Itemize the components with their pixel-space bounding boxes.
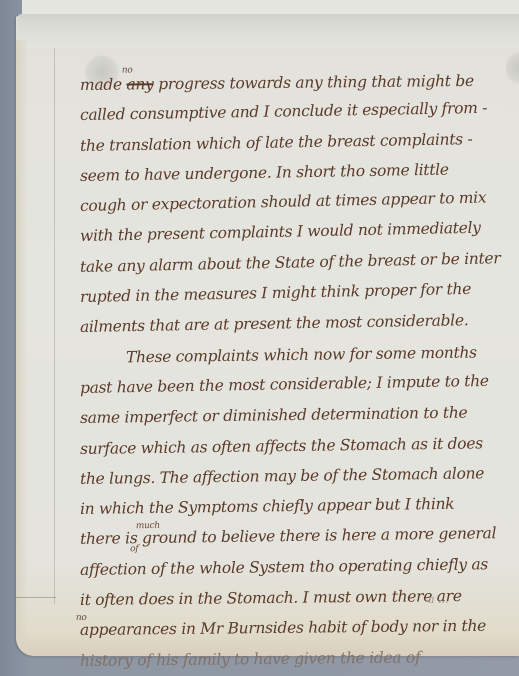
interlinear-insertion: much [136, 521, 160, 531]
catchword: a ... [428, 593, 449, 606]
manuscript-line-faded: history of his family to have given the … [80, 641, 510, 676]
margin-fold-line [54, 48, 55, 604]
handwritten-text: no made any progress towards any thing t… [80, 70, 510, 676]
margin-corner-line [14, 597, 56, 598]
interlinear-insertion: no [122, 65, 133, 75]
struck-word: any [126, 75, 153, 93]
manuscript-line: no appearances in Mr Burnsides habit of … [80, 611, 510, 646]
page-left-edge [16, 40, 28, 640]
interlinear-insertion: no [76, 613, 87, 623]
page-fold-shadow [18, 14, 519, 48]
manuscript-line: affection of the whole System tho operat… [80, 549, 510, 585]
